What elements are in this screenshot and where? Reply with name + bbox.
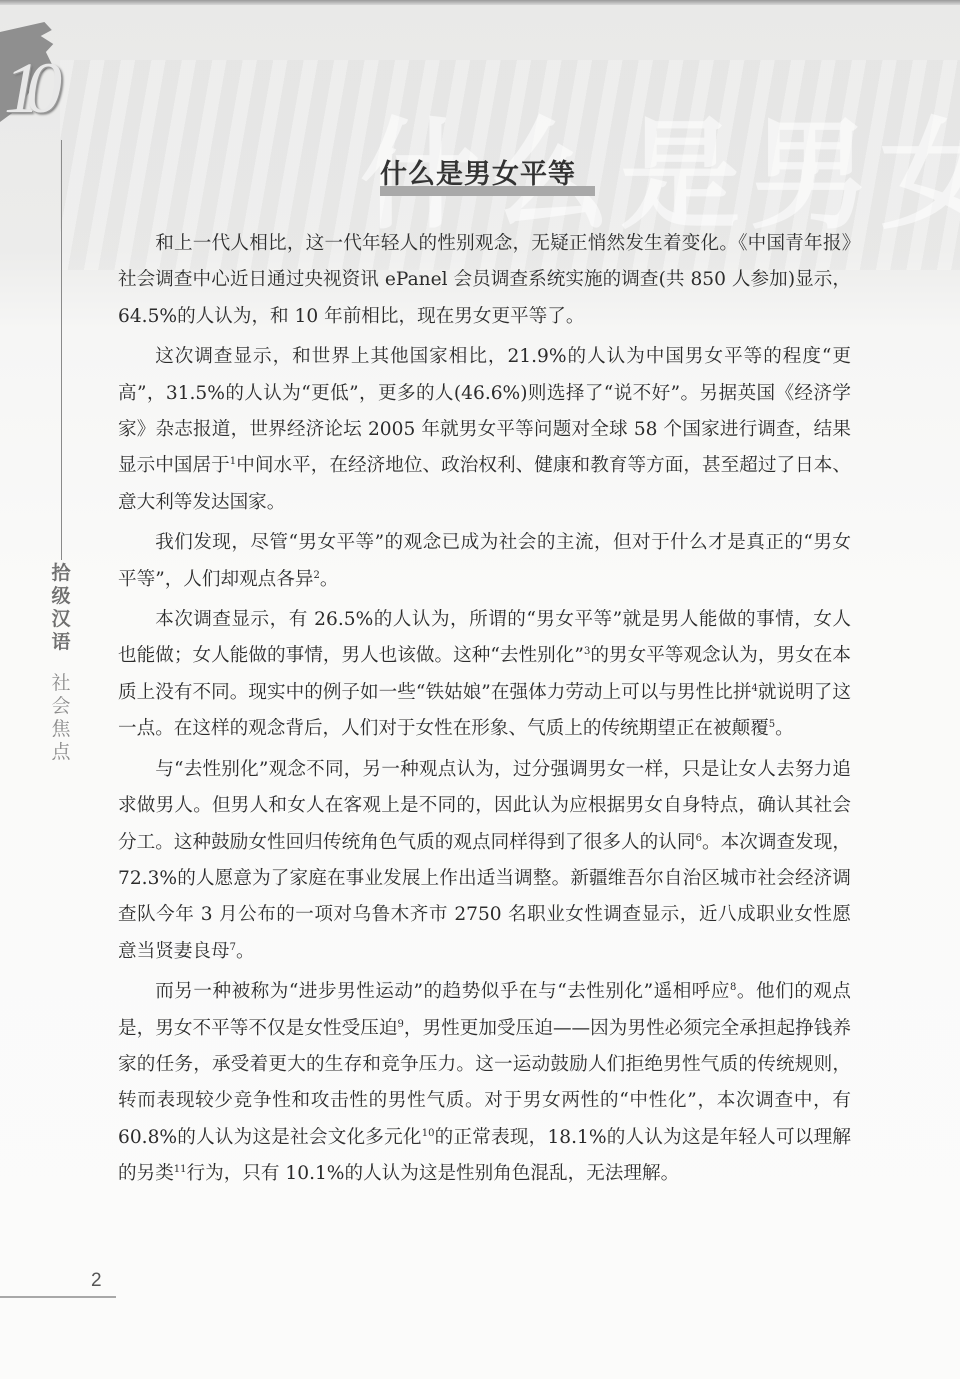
article-title: 什么是男女平等 bbox=[380, 152, 576, 191]
paragraph-text: 而另一种被称为“进步男性运动”的趋势似乎在与“去性别化”遥相呼应 bbox=[155, 981, 730, 1002]
paragraph: 本次调查显示，有 26.5%的人认为，所谓的“男女平等”就是男人能做的事情，女人… bbox=[118, 602, 851, 748]
page-number: 2 bbox=[91, 1270, 102, 1292]
margin-rule bbox=[61, 140, 62, 560]
book-topic: 社会焦点 bbox=[47, 672, 75, 764]
book-series-title: 拾级汉语 bbox=[47, 562, 75, 654]
chapter-number: 10 bbox=[4, 52, 48, 124]
paragraph-text: 。 bbox=[236, 941, 255, 962]
paragraph: 和上一代人相比，这一代年轻人的性别观念，无疑正悄然发生着变化。《中国青年报》社会… bbox=[118, 226, 851, 335]
footnote-marker: 10 bbox=[422, 1128, 435, 1139]
footer-rule bbox=[0, 1296, 116, 1298]
paragraph: 这次调查显示，和世界上其他国家相比，21.9%的人认为中国男女平等的程度“更高”… bbox=[118, 339, 851, 521]
footnote-marker: 11 bbox=[174, 1164, 187, 1175]
paragraph-text: 。 bbox=[775, 718, 794, 739]
paragraph-text: 和上一代人相比，这一代年轻人的性别观念，无疑正悄然发生着变化。《中国青年报》社会… bbox=[118, 233, 851, 327]
paragraph: 我们发现，尽管“男女平等”的观念已成为社会的主流，但对于什么才是真正的“男女平等… bbox=[118, 525, 851, 598]
paragraph-text: 行为，只有 10.1%的人认为这是性别角色混乱，无法理解。 bbox=[187, 1163, 680, 1184]
paragraph: 与“去性别化”观念不同，另一种观点认为，过分强调男女一样，只是让女人去努力追求做… bbox=[118, 752, 851, 970]
scan-top-edge bbox=[0, 0, 960, 5]
paragraph-text: 我们发现，尽管“男女平等”的观念已成为社会的主流，但对于什么才是真正的“男女平等… bbox=[118, 532, 851, 589]
running-side-label: 拾级汉语 社会焦点 bbox=[47, 562, 75, 764]
article-body: 和上一代人相比，这一代年轻人的性别观念，无疑正悄然发生着变化。《中国青年报》社会… bbox=[118, 226, 851, 1197]
title-block: 什么是男女平等 bbox=[380, 152, 576, 191]
paragraph: 而另一种被称为“进步男性运动”的趋势似乎在与“去性别化”遥相呼应8。他们的观点是… bbox=[118, 974, 851, 1192]
paragraph-text: 。 bbox=[320, 569, 339, 590]
